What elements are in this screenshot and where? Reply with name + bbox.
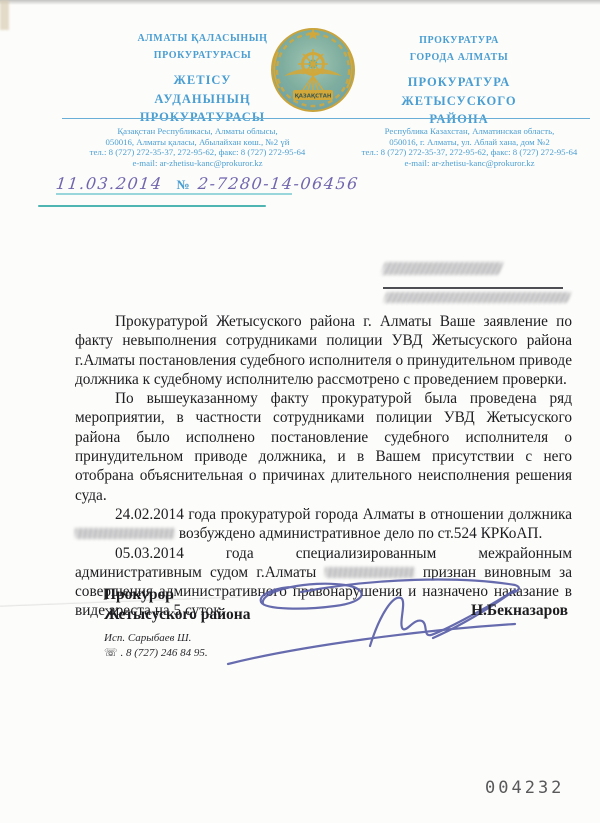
form-blank-line-2 [38,205,266,207]
scan-corner-artifact [0,0,9,30]
address-kazakh: Қазақстан Республикасы, Алматы облысы, 0… [70,126,325,168]
registration-line: 11.03.2014 № 2-7280-14-06456 [56,174,359,194]
handwritten-date: 11.03.2014 [55,174,164,193]
executor-name: Исп. Сарыбаев Ш. [104,631,208,646]
body-paragraph: По вышеуказанному факту прокуратурой был… [75,389,572,505]
address-line: Республика Казахстан, Алматинская област… [342,126,597,137]
address-line: e-mail: ar-zhetisu-kanc@prokuror.kz [342,158,597,169]
letterhead-divider [62,118,590,119]
address-line: Қазақстан Республикасы, Алматы облысы, [70,126,325,137]
addressee-underline [383,287,563,289]
kazakhstan-emblem-icon: ҚАЗАҚСТАН [270,24,356,114]
address-line: e-mail: ar-zhetisu-kanc@prokuror.kz [70,158,325,169]
executor-phone: ☏ . 8 (727) 246 84 95. [104,646,208,661]
redacted-addressee-line [381,262,503,275]
form-blank-line [56,193,292,195]
org-line: ПРОКУРАТУРА [368,73,550,92]
body-paragraph: 24.02.2014 года прокуратурой города Алма… [75,505,572,544]
address-line: 050016, г. Алматы, ул. Аблай хана, дом №… [342,137,597,148]
org-line: ЖЕТЫСУСКОГО [368,92,550,111]
phone-icon: ☏ [104,646,118,659]
parent-org-line: ГОРОДА АЛМАТЫ [368,49,550,66]
handwritten-number: 2-7280-14-06456 [197,174,360,193]
address-line: тел.: 8 (727) 272-35-37, 272-95-62, факс… [70,147,325,158]
redacted-text [75,528,175,539]
parent-org-line: ПРОКУРАТУРА [368,32,550,49]
executor-phone-number: . 8 (727) 246 84 95. [121,647,208,659]
body-paragraph: Прокуратурой Жетысуского района г. Алмат… [75,312,572,389]
emblem-country-label: ҚАЗАҚСТАН [295,94,332,100]
address-line: тел.: 8 (727) 272-35-37, 272-95-62, факс… [342,147,597,158]
executor-block: Исп. Сарыбаев Ш. ☏ . 8 (727) 246 84 95. [104,631,208,660]
form-serial-number: 004232 [485,778,564,798]
redacted-addressee-line [383,292,571,303]
scanned-letter-page: АЛМАТЫ ҚАЛАСЫНЫҢ ПРОКУРАТУРАСЫ ЖЕТІСУ АУ… [0,0,600,823]
address-line: 050016, Алматы қаласы, Абылайхан көш., №… [70,137,325,148]
letterhead-russian: ПРОКУРАТУРА ГОРОДА АЛМАТЫ ПРОКУРАТУРА ЖЕ… [368,32,550,129]
scan-edge-shadow [0,0,600,5]
number-sign-label: № [177,177,190,192]
signer-name: Н.Бекназаров [471,602,568,620]
signature-ink [215,568,535,686]
address-russian: Республика Казахстан, Алматинская област… [342,126,597,168]
